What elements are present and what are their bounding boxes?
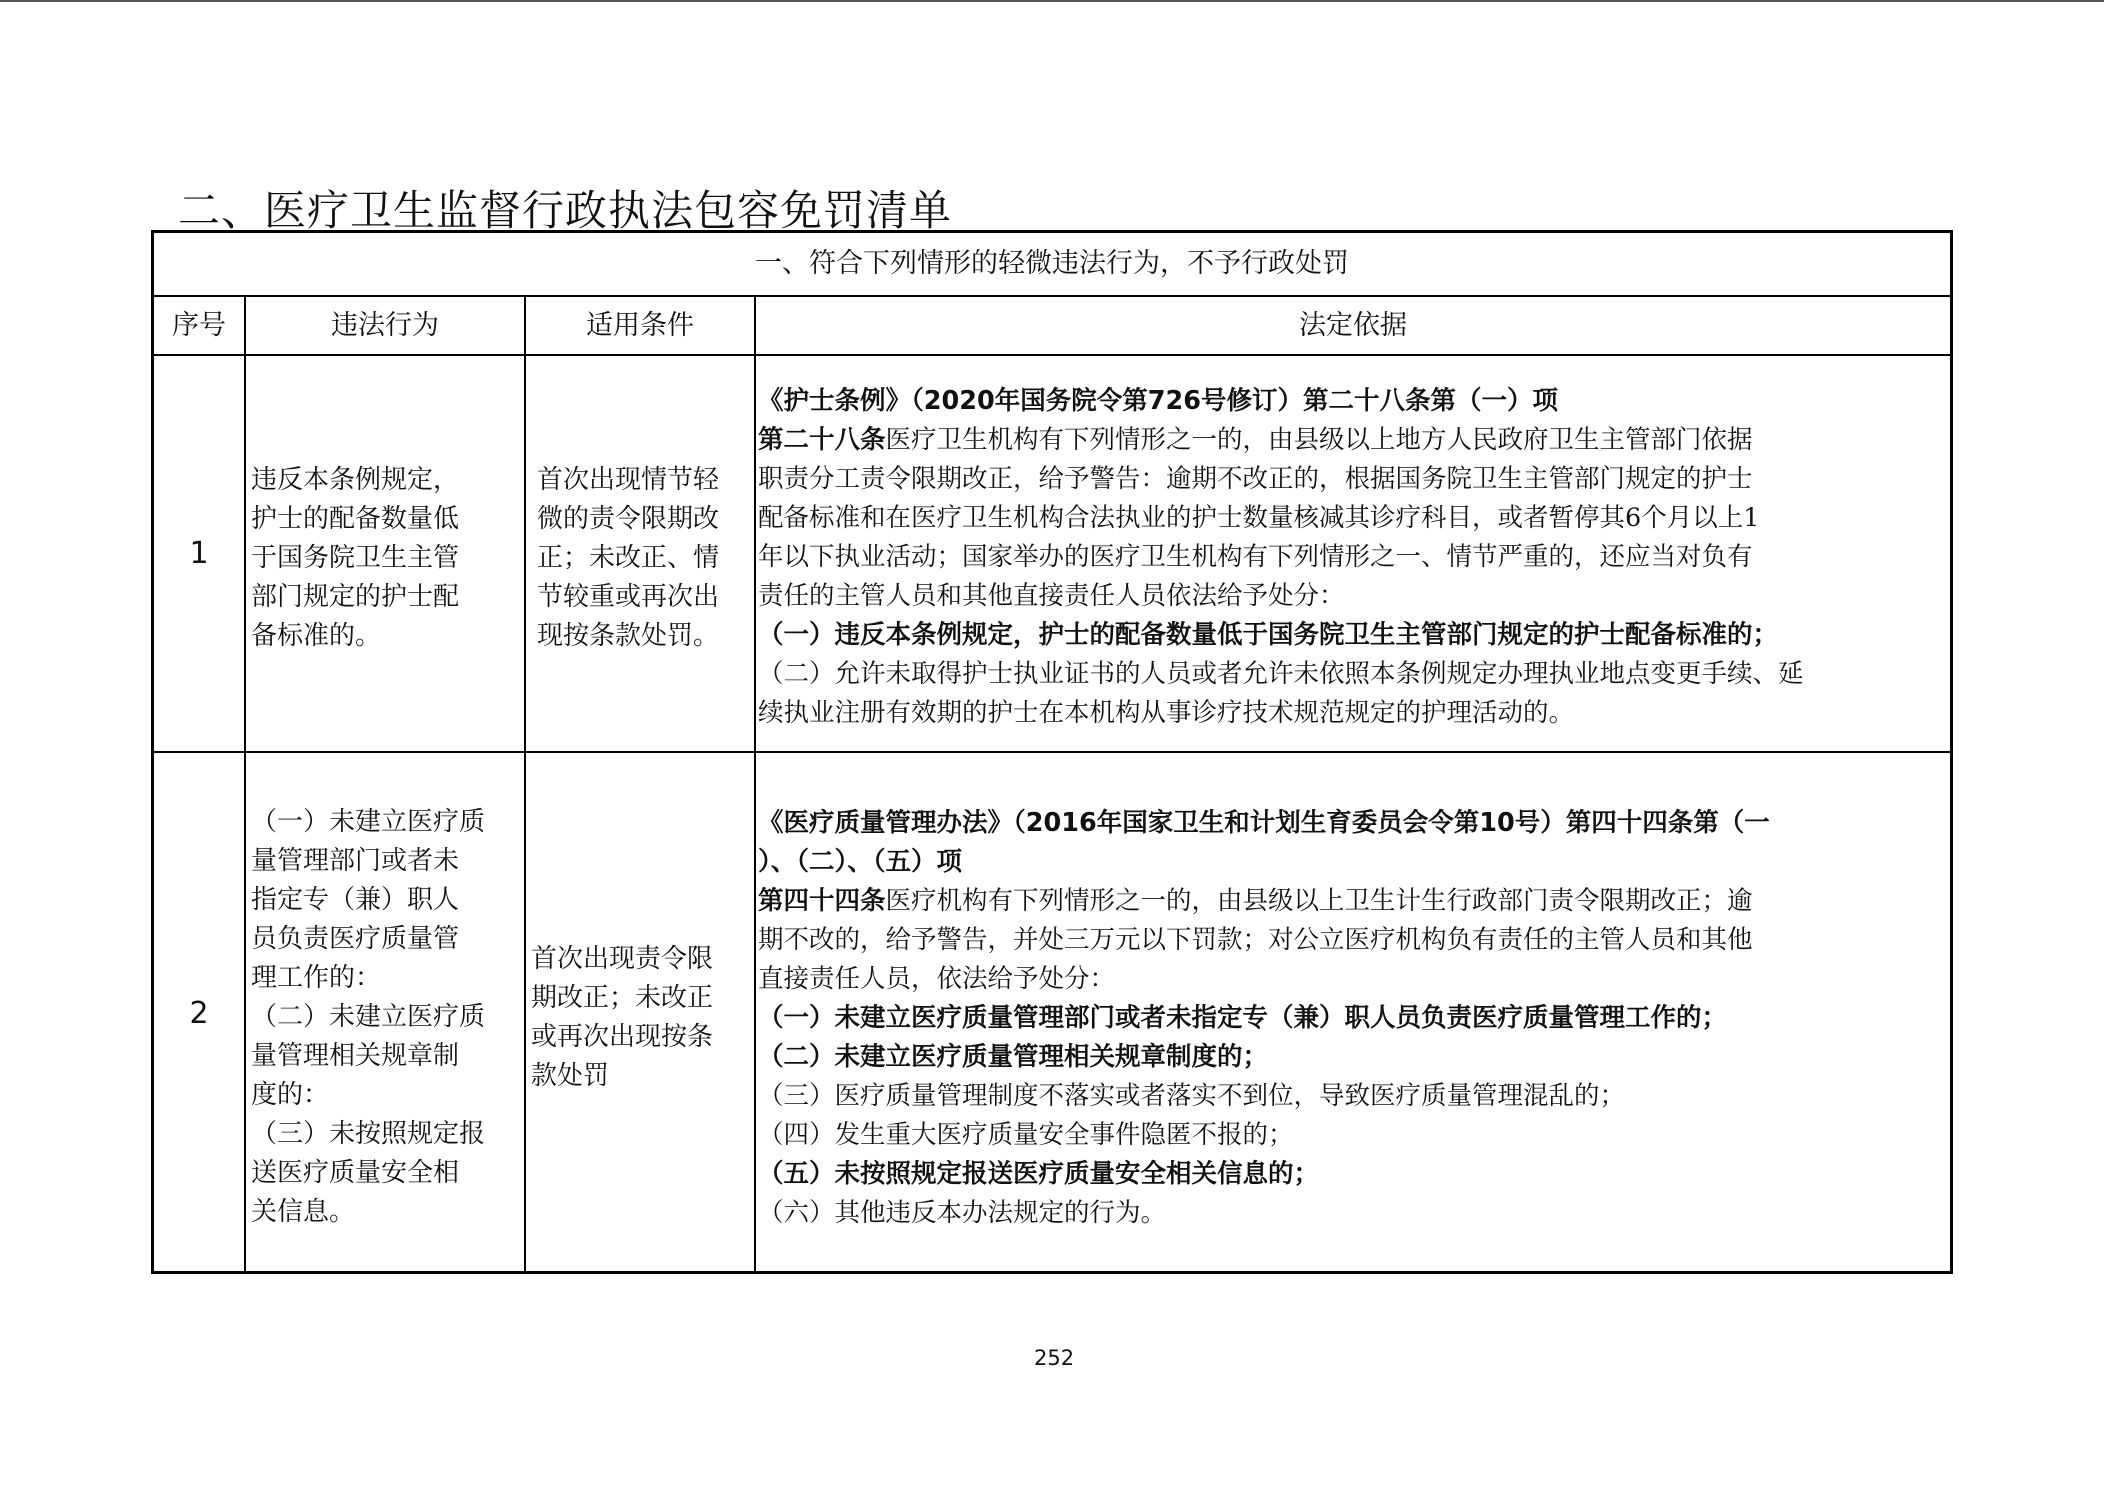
column-divider	[524, 295, 526, 1274]
column-header-legal-basis: 法定依据	[756, 297, 1950, 354]
clause-text: 期不改的，给予警告，并处三万元以下罚款；对公立医疗机构负有责任的主管人员和其他	[758, 925, 1753, 955]
legal-basis-line: （二）未建立医疗质量管理相关规章制度的；	[758, 1038, 1948, 1077]
legal-basis-line: 年以下执业活动；国家举办的医疗卫生机构有下列情形之一、情节严重的，还应当对负有	[758, 538, 1948, 577]
page-title: 二、医疗卫生监督行政执法包容免罚清单	[178, 178, 952, 238]
column-header-index: 序号	[154, 297, 244, 354]
clause-text: 医疗机构有下列情形之一的，由县级以上卫生计生行政部门责令限期改正；逾	[886, 886, 1753, 916]
legal-basis-line: 职责分工责令限期改正，给予警告：逾期不改正的，根据国务院卫生主管部门规定的护士	[758, 460, 1948, 499]
clause-text: 责任的主管人员和其他直接责任人员依法给予处分：	[758, 581, 1345, 611]
legal-basis-line: 期不改的，给予警告，并处三万元以下罚款；对公立医疗机构负有责任的主管人员和其他	[758, 921, 1948, 960]
legal-basis-text: 《医疗质量管理办法》（2016年国家卫生和计划生育委员会令第10号）第四十四条第…	[758, 804, 1948, 1233]
row-divider	[154, 354, 1950, 356]
legal-basis-line: ）、（二）、（五）项	[758, 843, 1948, 882]
bold-clause: ）、（二）、（五）项	[758, 847, 962, 877]
clause-text: 配备标准和在医疗卫生机构合法执业的护士数量核减其诊疗科目，或者暂停其6个月以上1	[758, 503, 1759, 533]
column-divider	[754, 295, 756, 1274]
legal-basis-line: 《医疗质量管理办法》（2016年国家卫生和计划生育委员会令第10号）第四十四条第…	[758, 804, 1948, 843]
bold-clause: 《护士条例》（2020年国务院令第726号修订）第二十八条第（一）项	[758, 386, 1558, 416]
legal-basis-text: 《护士条例》（2020年国务院令第726号修订）第二十八条第（一）项第二十八条医…	[758, 382, 1948, 733]
violation-text: 违反本条例规定， 护士的配备数量低 于国务院卫生主管 部门规定的护士配 备标准的…	[251, 461, 523, 656]
legal-basis-line: （一）违反本条例规定，护士的配备数量低于国务院卫生主管部门规定的护士配备标准的；	[758, 616, 1948, 655]
condition-text: 首次出现责令限 期改正；未改正 或再次出现按条 款处罚	[531, 940, 753, 1096]
row-divider	[154, 751, 1950, 753]
section-header: 一、符合下列情形的轻微违法行为，不予行政处罚	[154, 233, 1950, 295]
penalty-exemption-table: 一、符合下列情形的轻微违法行为，不予行政处罚 序号 违法行为 适用条件 法定依据…	[151, 230, 1953, 1274]
page-top-border	[0, 0, 2104, 2]
legal-basis-line: （三）医疗质量管理制度不落实或者落实不到位，导致医疗质量管理混乱的；	[758, 1077, 1948, 1116]
clause-text: （三）医疗质量管理制度不落实或者落实不到位，导致医疗质量管理混乱的；	[758, 1081, 1625, 1111]
legal-basis-line: （二）允许未取得护士执业证书的人员或者允许未依照本条例规定办理执业地点变更手续、…	[758, 655, 1948, 694]
bold-clause: （二）未建立医疗质量管理相关规章制度的；	[758, 1042, 1268, 1072]
legal-basis-line: 第四十四条医疗机构有下列情形之一的，由县级以上卫生计生行政部门责令限期改正；逾	[758, 882, 1948, 921]
legal-basis-line: 责任的主管人员和其他直接责任人员依法给予处分：	[758, 577, 1948, 616]
clause-text: 续执业注册有效期的护士在本机构从事诊疗技术规范规定的护理活动的。	[758, 698, 1574, 728]
bold-clause: （五）未按照规定报送医疗质量安全相关信息的；	[758, 1159, 1319, 1189]
bold-clause: 《医疗质量管理办法》（2016年国家卫生和计划生育委员会令第10号）第四十四条第…	[758, 808, 1770, 838]
bold-clause: （一）违反本条例规定，护士的配备数量低于国务院卫生主管部门规定的护士配备标准的；	[758, 620, 1778, 650]
violation-text: （一）未建立医疗质 量管理部门或者未 指定专（兼）职人 员负责医疗质量管 理工作…	[251, 803, 523, 1232]
clause-text: 直接责任人员，依法给予处分：	[758, 964, 1115, 994]
legal-basis-line: 配备标准和在医疗卫生机构合法执业的护士数量核减其诊疗科目，或者暂停其6个月以上1	[758, 499, 1948, 538]
clause-text: 年以下执业活动；国家举办的医疗卫生机构有下列情形之一、情节严重的，还应当对负有	[758, 542, 1753, 572]
legal-basis-line: （五）未按照规定报送医疗质量安全相关信息的；	[758, 1155, 1948, 1194]
legal-basis-line: （四）发生重大医疗质量安全事件隐匿不报的；	[758, 1116, 1948, 1155]
clause-text: 职责分工责令限期改正，给予警告：逾期不改正的，根据国务院卫生主管部门规定的护士	[758, 464, 1753, 494]
legal-basis-line: 续执业注册有效期的护士在本机构从事诊疗技术规范规定的护理活动的。	[758, 694, 1948, 733]
column-header-violation: 违法行为	[246, 297, 524, 354]
clause-text: （六）其他违反本办法规定的行为。	[758, 1198, 1166, 1228]
bold-clause: 第二十八条	[758, 425, 886, 455]
row-index: 1	[154, 356, 244, 751]
legal-basis-line: 第二十八条医疗卫生机构有下列情形之一的，由县级以上地方人民政府卫生主管部门依据	[758, 421, 1948, 460]
legal-basis-line: （六）其他违反本办法规定的行为。	[758, 1194, 1948, 1233]
clause-text: （四）发生重大医疗质量安全事件隐匿不报的；	[758, 1120, 1294, 1150]
clause-text: （二）允许未取得护士执业证书的人员或者允许未依照本条例规定办理执业地点变更手续、…	[758, 659, 1804, 689]
clause-text: 医疗卫生机构有下列情形之一的，由县级以上地方人民政府卫生主管部门依据	[886, 425, 1753, 455]
legal-basis-line: 直接责任人员，依法给予处分：	[758, 960, 1948, 999]
bold-clause: 第四十四条	[758, 886, 886, 916]
column-header-condition: 适用条件	[526, 297, 754, 354]
bold-clause: （一）未建立医疗质量管理部门或者未指定专（兼）职人员负责医疗质量管理工作的；	[758, 1003, 1727, 1033]
row-index: 2	[154, 753, 244, 1274]
legal-basis-line: 《护士条例》（2020年国务院令第726号修订）第二十八条第（一）项	[758, 382, 1948, 421]
legal-basis-line: （一）未建立医疗质量管理部门或者未指定专（兼）职人员负责医疗质量管理工作的；	[758, 999, 1948, 1038]
page-number: 252	[1034, 1346, 1074, 1370]
column-divider	[244, 295, 246, 1274]
condition-text: 首次出现情节轻 微的责令限期改 正；未改正、情 节较重或再次出 现按条款处罚。	[537, 461, 753, 656]
